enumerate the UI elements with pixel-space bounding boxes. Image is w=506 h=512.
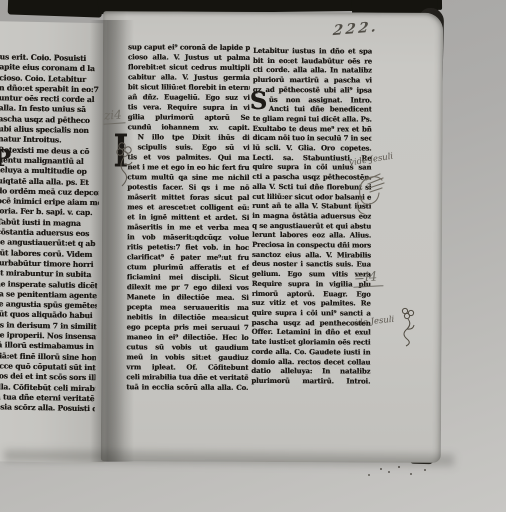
- text-line: lū scli. V. Glia. Oro copetes.: [252, 143, 371, 153]
- text-line: cundū iohannem xv. capit.: [128, 122, 250, 133]
- right-page-column-1: sup caput ei⁹ coronā de lapide pcioso al…: [126, 42, 250, 393]
- text-line: tuā in ecclia scōrū alla alla. Co.: [126, 382, 248, 393]
- text-line: maneo in ei⁹ dilectiōe. Hec lo: [126, 332, 248, 343]
- text-line: rimorū aptorū. Euagr. Ego: [252, 288, 371, 298]
- text-line: deus noster i sanctis suis. Eua: [252, 259, 371, 269]
- text-line: pcepta mea seruaueritis ma: [127, 302, 249, 313]
- pencil-quire-mark-top: zi4: [102, 107, 125, 124]
- text-line: clarificat⁹ ē pater me⁹:ut fru: [127, 252, 249, 263]
- text-line: Manete in dilectiōe mea. Si: [127, 292, 249, 303]
- text-line: Ancti tui dñe benedicent: [253, 104, 372, 114]
- text-line: bit in eo:et laudabūtur oēs re: [253, 56, 372, 66]
- text-line: lerunt labores eoz alla. Alius.: [252, 230, 371, 240]
- text-line: N illo tpe Dixit ihūs di: [127, 132, 249, 143]
- text-line: tis vera. Require supra in vi: [128, 102, 250, 113]
- text-line: quire supra i cōi uni⁹ sancti a: [252, 308, 371, 318]
- manicule-icon: [352, 166, 394, 218]
- drop-cap-initial-s: S: [250, 89, 267, 113]
- text-line: in vob māserit:qdcūqz volue: [127, 232, 249, 243]
- text-line: florebit:et sicut cedrus multipli: [128, 62, 250, 73]
- text-line: q se angustiauerūt et qui abstu: [252, 221, 371, 231]
- text-line: ficiamini mei discipli. Sicut: [127, 272, 249, 283]
- text-line: lesia scōrz alla. Posuisti dñe: [0, 402, 95, 414]
- dust-speckles: [380, 468, 382, 470]
- text-line: cioso alla. V. Justus ut palma: [128, 52, 250, 63]
- text-line: celi mirabilia tua dñe et veritatē: [126, 372, 248, 383]
- text-line: Preciosa in conspectu dñi mors: [252, 240, 371, 250]
- text-line: potestis facer. Si qs i me nō: [127, 182, 249, 193]
- text-line: sup caput ei⁹ coronā de lapide p: [128, 42, 250, 53]
- text-line: cabitur alla. V. Justus germia: [128, 72, 250, 83]
- text-line: māseritis in me et verba mea: [127, 222, 249, 233]
- text-line: cutus sū vobis ut gaudium: [126, 342, 248, 353]
- text-line: nebitis in dilectiōe mea:sicut: [127, 312, 249, 323]
- text-line: te gliam regni tui dicēt alla. Ps.: [253, 114, 372, 124]
- right-page: sup caput ei⁹ coronā de lapide pcioso al…: [101, 11, 443, 463]
- text-line: pluriorū martirū a pascha vi: [253, 75, 372, 85]
- text-line: ctum multū qa sine me nichil: [127, 172, 249, 183]
- gutter-shadow: [90, 20, 134, 462]
- text-line: suz vitiz et vos palmites. Re: [252, 298, 371, 308]
- text-line: datio alleluya: In natalibz: [251, 366, 370, 376]
- text-line: net i me et ego in eo hic fert fru: [127, 162, 249, 173]
- text-line: sanctoz eius alla. V. Mirabilis: [252, 250, 371, 260]
- text-line: scipulis suis. Ego sū vi: [127, 142, 249, 153]
- book-binding-left: [8, 0, 103, 18]
- text-line: qz ad pēthecostē ubi ali⁹ ipsa: [253, 85, 372, 95]
- text-line: ego pcepta pris mei seruaui 7: [126, 322, 248, 333]
- text-line: Exultabo te deus me⁹ rex et bñ: [253, 124, 372, 134]
- text-line: añ dñz. Euageliū. Ego suz vi: [128, 92, 250, 103]
- text-line: gilia plurimorū aptorū Se: [128, 112, 250, 123]
- text-line: ūs non assignat. Intro.: [253, 94, 372, 104]
- text-line: Letabitur iustus in dño et spa: [253, 46, 372, 56]
- photo-background: us erit. Coio. Posuistiapite eius corona…: [0, 0, 506, 512]
- left-page-drop-cap: P: [0, 147, 11, 170]
- text-line: meū in vobis sit:et gaudiuz: [126, 352, 248, 363]
- text-line: corde alla. Co. Gaudete iusti in: [251, 347, 370, 357]
- text-line: domio alla. rectos decet collau: [251, 356, 370, 366]
- text-line: et in ignē mittent et ardet. Si: [127, 212, 249, 223]
- left-page-text-column: us erit. Coio. Posuistiapite eius corona…: [0, 52, 102, 414]
- text-line: ctum plurimū afferatis et ef: [127, 262, 249, 273]
- text-line: tis et vos palmites. Qui ma: [127, 152, 249, 163]
- text-line: vrm ipleat. Of. Cōfitebunt: [126, 362, 248, 373]
- text-line: dilexit me pr 7 ego dilexi vos: [127, 282, 249, 293]
- fleuron-icon: [112, 140, 138, 188]
- pencil-quire-mark-bottom: =i4: [353, 269, 384, 288]
- text-line: mes et arescet:et colligent eū:: [127, 202, 249, 213]
- text-line: ritis petetis:7 fiet vob. in hoc: [127, 242, 249, 253]
- text-line: plurimorū martirū. Introi.: [251, 376, 370, 386]
- text-line: bit sicut liliū:et florebit in eternū: [128, 82, 250, 93]
- text-line: cti corde. alla alla. In natalibz: [253, 65, 372, 75]
- flourish-icon: [396, 306, 418, 348]
- text-line: tate iusti:et gloriamin oēs recti: [251, 337, 370, 347]
- text-line: māserit mittet foras sicut pal: [127, 192, 249, 203]
- text-line: dicam nōi tuo in seculū 7 in secu: [252, 133, 371, 143]
